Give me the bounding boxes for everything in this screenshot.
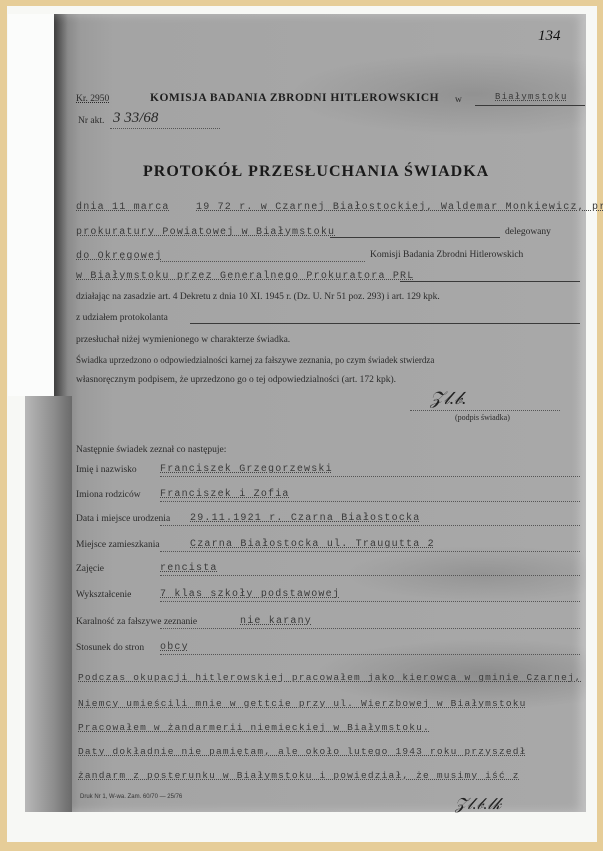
field-value: rencista (160, 563, 218, 574)
field-value: Czarna Białostocka ul. Traugutta 2 (190, 539, 435, 550)
line3-blank (160, 261, 365, 262)
ref-label: Nr akt. (78, 116, 104, 126)
testimony-line: żandarm z posterunku w Białymstoku i pow… (78, 770, 520, 781)
field-value: Franciszek i Zofia (160, 489, 290, 500)
bottom-signature: 𝒵𝓁.𝒷.𝓁𝓀 (455, 796, 501, 814)
field-label: Wykształcenie (76, 590, 131, 600)
intro-line1: 19 72 r. w Czarnej Białostockiej, Waldem… (196, 202, 603, 213)
document-title: PROTOKÓŁ PRZESŁUCHANIA ŚWIADKA (143, 163, 489, 181)
field-value: 29.11.1921 r. Czarna Białostocka (190, 513, 420, 524)
header-city: Białymstoku (495, 92, 568, 102)
field-label: Stosunek do stron (76, 643, 144, 653)
ref-number: 3 33/68 (113, 110, 158, 127)
field-label: Miejsce zamieszkania (76, 540, 160, 550)
witness-signature: 𝒵𝓁.𝒷. (430, 388, 466, 409)
ref-underline (110, 128, 220, 129)
field-underline (160, 575, 580, 576)
field-value: Franciszek Grzegorzewski (160, 464, 333, 475)
page-number: 134 (538, 28, 561, 45)
line4-blank (400, 281, 580, 282)
field-underline (160, 654, 580, 655)
clerk-label: z udziałem protokolanta (76, 313, 168, 323)
city-underline (475, 105, 585, 106)
intro-line4: w Białymstoku przez Generalnego Prokurat… (76, 271, 414, 282)
header-prefix: Kr. 2950 (76, 94, 109, 104)
underlying-page-strip (25, 396, 72, 812)
intro-line3: do Okręgowej (76, 251, 162, 262)
field-label: Imiona rodziców (76, 490, 141, 500)
institution-name: KOMISJA BADANIA ZBRODNI HITLEROWSKICH (150, 92, 439, 104)
testimony-line: Niemcy umieścili mnie w gettcie przy ul.… (78, 698, 527, 709)
field-underline (160, 525, 580, 526)
field-value: nie karany (240, 616, 312, 627)
field-value: 7 klas szkoły podstawowej (160, 589, 340, 600)
witness-heading: Następnie świadek zeznał co następuje: (76, 445, 226, 455)
field-underline (160, 476, 580, 477)
intro-line9: własnoręcznym podpisem, że uprzedzono go… (76, 375, 396, 385)
field-label: Zajęcie (76, 564, 104, 574)
intro-line5: działając na zasadzie art. 4 Dekretu z d… (76, 292, 440, 302)
intro-line3-suffix: Komisji Badania Zbrodni Hitlerowskich (370, 250, 523, 260)
intro-line7: przesłuchał niżej wymienionego w charakt… (76, 335, 290, 345)
footer-print-info: Druk Nr 1, W-wa. Zam. 60/70 — 25/76 (80, 794, 182, 800)
line2-blank (330, 237, 500, 238)
field-value: obcy (160, 642, 189, 653)
signature-line (410, 410, 560, 411)
intro-line8: Świadka uprzedzono o odpowiedzialności k… (76, 355, 434, 365)
field-underline (160, 501, 580, 502)
field-underline (160, 551, 580, 552)
intro-line2-suffix: delegowany (505, 227, 551, 237)
testimony-line: Podczas okupacji hitlerowskiej pracowałe… (78, 672, 582, 683)
clerk-blank (190, 323, 580, 324)
intro-date: dnia 11 marca (76, 202, 170, 213)
field-label: Karalność za fałszywe zeznanie (76, 617, 197, 627)
header-in-label: w (455, 95, 462, 105)
testimony-line: Daty dokładnie nie pamiętam, ale około l… (78, 746, 527, 757)
intro-line2: prokuratury Powiatowej w Białymstoku (76, 227, 335, 238)
field-underline (160, 628, 580, 629)
field-underline (160, 601, 580, 602)
testimony-line: Pracowałem w żandarmerii niemieckiej w B… (78, 722, 430, 733)
signature-caption: (podpis świadka) (455, 413, 510, 422)
field-label: Imię i nazwisko (76, 465, 137, 475)
field-label: Data i miejsce urodzenia (76, 514, 170, 524)
